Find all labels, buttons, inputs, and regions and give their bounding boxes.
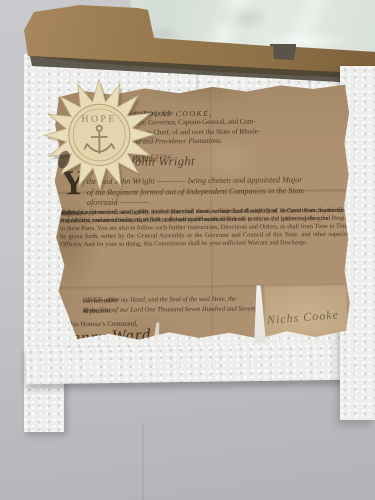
- seal-motto: HOPE: [81, 114, 117, 125]
- frame-notch: [270, 44, 296, 60]
- state-seal: HOPE: [42, 77, 157, 192]
- commission-document: By the Honorable NICHOLAS COOKE, Esquire…: [49, 79, 357, 352]
- hand-line-3: aforesaid ————: [87, 197, 149, 208]
- photo-scene: By the Honorable NICHOLAS COOKE, Esquire…: [0, 0, 375, 500]
- salutation-line: T O John Wright Esquire. GREETING.: [125, 153, 351, 163]
- given-segment: ———— Day: [83, 296, 119, 306]
- given-segment: in the Year of our Lord One Thousand Sev…: [83, 304, 261, 315]
- secretary-signature: Henry Ward: [59, 325, 152, 349]
- torn-fragment-highlight: [265, 285, 347, 338]
- floor-seam: [142, 424, 144, 500]
- document-headline: By the Honorable NICHOLAS COOKE, Esquire…: [123, 108, 349, 138]
- handwritten-year: seven.: [83, 305, 101, 315]
- picture-frame: [20, 0, 375, 90]
- body-segment: under your Command, or any Part thereof …: [60, 207, 349, 250]
